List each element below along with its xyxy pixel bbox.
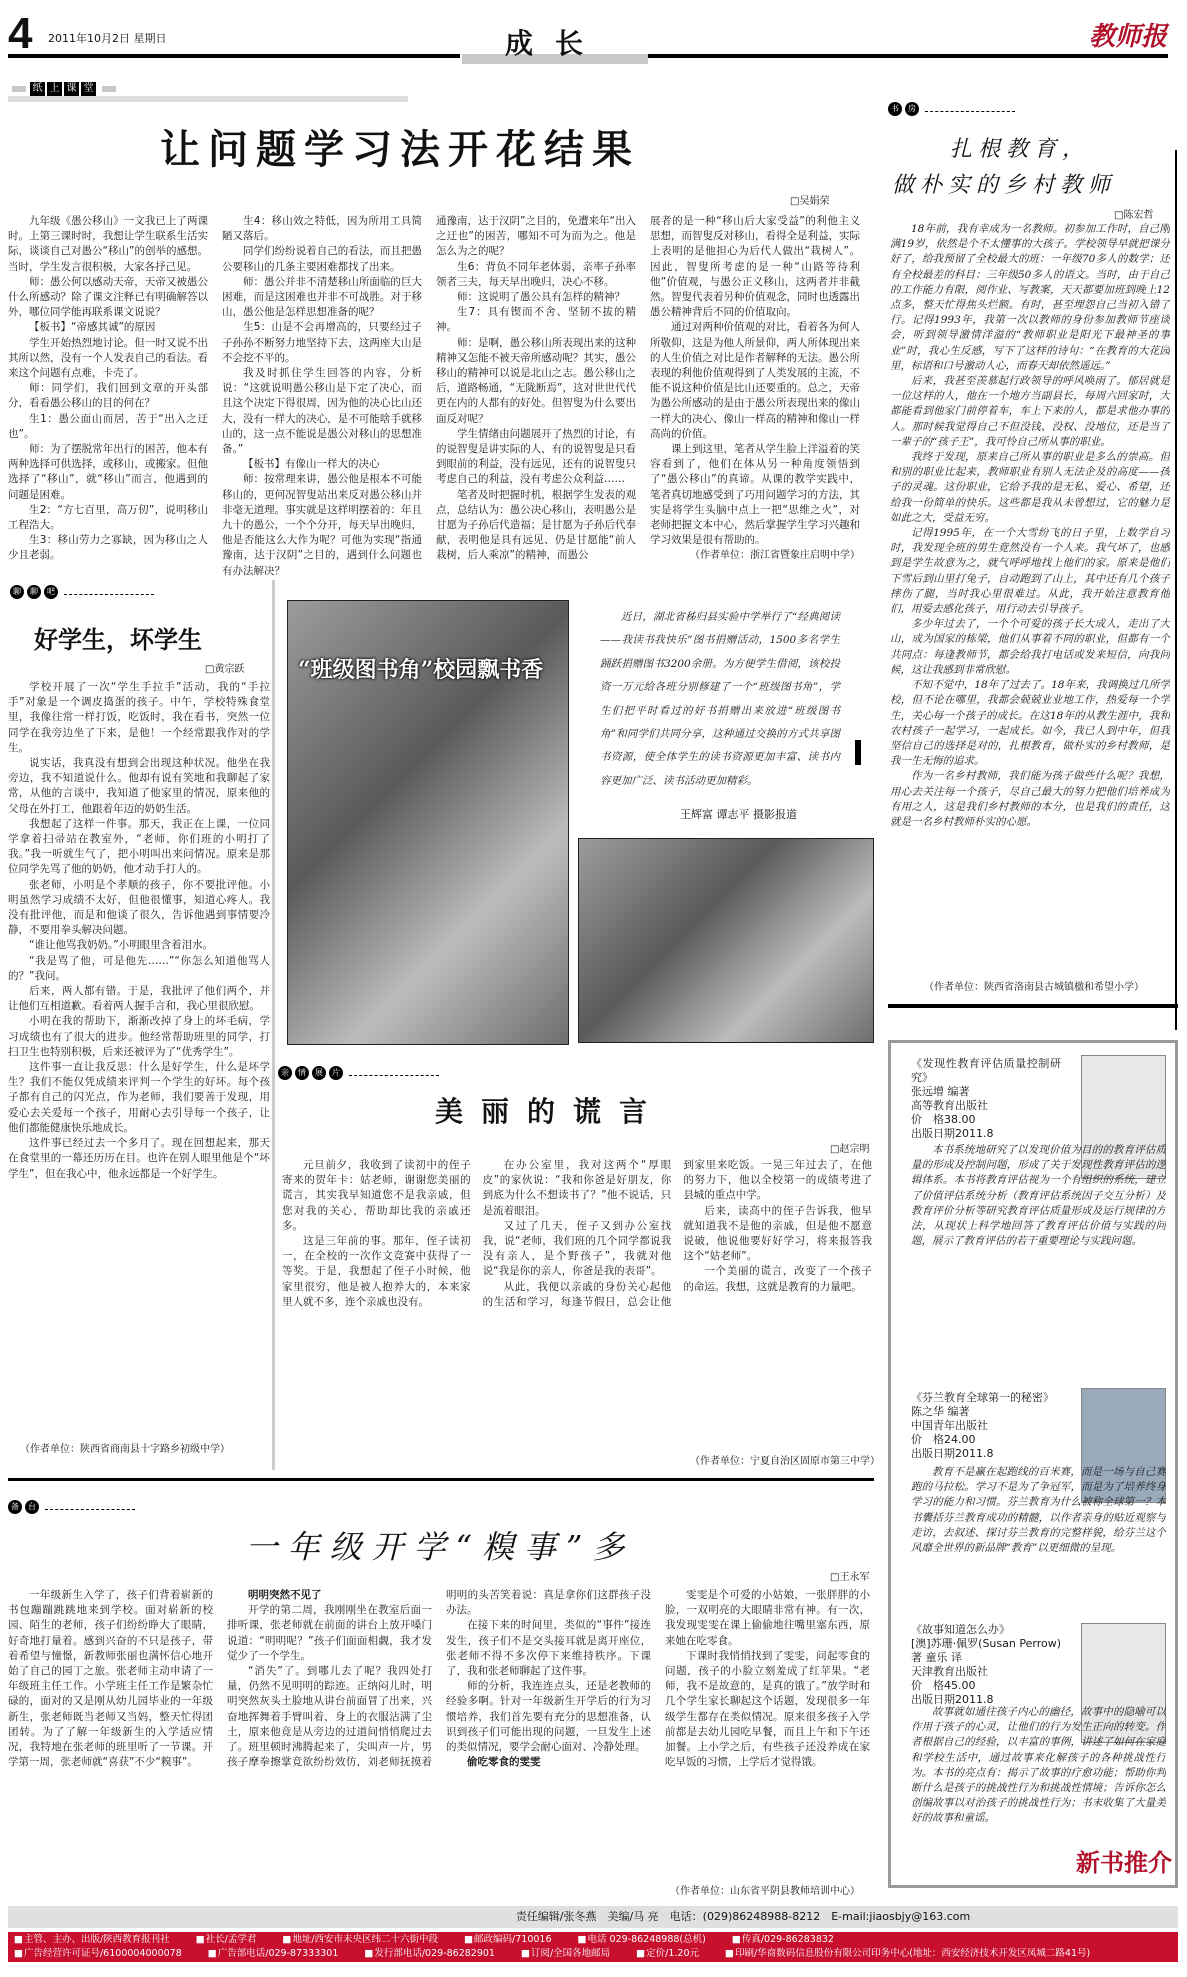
- subheading: 明明突然不见了: [227, 1588, 432, 1603]
- paragraph: 师：同学们，我们回到文章的开头部分，看看愚公移山的目的何在？: [8, 381, 208, 411]
- masthead-rule-right: [648, 54, 1168, 58]
- review-title-line2: 做朴实的乡村教师: [892, 168, 1116, 199]
- footer-cell: 印刷/华商数码信息股份有限公司印务中心(地址：西安经济技术开发区凤城二路41号): [725, 1947, 1090, 1961]
- article1-col3: 通豫南，达于汉阴”之目的，免遭来年“出入之迂也”的困苦，哪知不可为而为之。他是怎…: [436, 214, 636, 564]
- article3-affiliation: （作者单位：宁夏自治区固原市第三中学）: [690, 1452, 880, 1467]
- book-publisher: 高等教育出版社: [911, 1099, 1061, 1113]
- paragraph: 教育不是赢在起跑线的百米赛，而是一场与自己赛跑的马拉松。学习不是为了争冠军，而是…: [911, 1465, 1166, 1556]
- newspaper-logo: 教师报: [1089, 16, 1167, 53]
- paragraph: 我想起了这样一件事。那天，我正在上课，一位同学拿着扫帚站在教室外，“老师，你们班…: [8, 817, 270, 878]
- paragraph: 生4：移山效之特低，因为所用工具简陋又落后。: [222, 214, 422, 244]
- article-byline: □王永军: [830, 1568, 869, 1583]
- article-byline: □吴娟荣: [790, 192, 829, 207]
- tag-char: 吧: [44, 585, 58, 599]
- paragraph: 师：按常理来讲，愚公他是根本不可能移山的，更何况智叟站出来反对愚公移山并非毫无道…: [222, 472, 422, 578]
- footer-cell: 主管、主办、出版/陕西教育报刊社: [14, 1933, 170, 1947]
- paragraph: 说实话，我真没有想到会出现这种状况。他坐在我旁边，我不知道说什么。他却有说有笑地…: [8, 756, 270, 817]
- paragraph: 生5：山是不会再增高的，只要经过子子孙孙不断努力地坚持下去，这两座大山是不会挖不…: [222, 320, 422, 366]
- review-title-line1: 扎根教育，: [950, 132, 1090, 163]
- divider: [8, 96, 408, 102]
- book-1-summary: 本书系统地研究了以发现价值为目的的教育评估质量的形成及控制问题，形成了关于发现性…: [911, 1143, 1166, 1343]
- book-3-summary: 故事就如通往孩子内心的幽径，故事中的隐喻可以作用于孩子的心灵，让他们的行为发生正…: [911, 1705, 1166, 1865]
- paragraph: 我及时抓住学生回答的内容，分析说：“这就说明愚公移山是下定了决心，而且这个决定下…: [222, 366, 422, 457]
- paragraph: 生1：愚公面山而居，苦于“出入之迂也”。: [8, 412, 208, 442]
- book-price: 价 格45.00: [911, 1679, 1061, 1693]
- book-price: 价 格38.00: [911, 1113, 1061, 1127]
- article2-affiliation: （作者单位：陕西省商南县十字路乡初级中学）: [20, 1440, 230, 1455]
- article1-col1: 九年级《愚公移山》一文我已上了两课时。上第三课时时，我想让学生联系生活实际，谈谈…: [8, 214, 208, 564]
- tag-char: 展: [312, 1066, 326, 1080]
- photo-students-reading: [578, 838, 874, 1043]
- tag-char: 堂: [81, 82, 96, 96]
- issue-date: 2011年10月2日 星期日: [48, 30, 167, 46]
- book-author: 陈之华 编著: [911, 1405, 1061, 1419]
- wave-divider: [925, 106, 1015, 112]
- paragraph: 师：这说明了愚公具有怎样的精神？: [436, 290, 636, 305]
- photo-feature-text: 近日，湖北省秭归县实验中学举行了“经典阅读——我读书我快乐”图书捐赠活动，150…: [600, 606, 840, 793]
- column-tag-paper-class: 纸上课堂: [8, 78, 408, 92]
- paragraph: 生3：移山劳力之寡缺，因为移山之人少且老弱。: [8, 533, 208, 563]
- subheading: 偷吃零食的雯雯: [446, 1755, 651, 1770]
- paragraph: “我是骂了他，可是他先……”“你怎么知道他骂人的？”我问。: [8, 954, 270, 984]
- tag-char: 亲: [278, 1066, 292, 1080]
- column-divider: [272, 580, 275, 1470]
- paragraph: 生2：“方七百里，高万仞”，说明移山工程浩大。: [8, 503, 208, 533]
- book-author: [澳]苏珊·佩罗(Susan Perrow) 著 童乐 译: [911, 1637, 1061, 1665]
- footer-cell: 社长/孟学君: [196, 1933, 257, 1947]
- paragraph: 学校开展了一次“学生手拉手”活动，我的“手拉手”对象是一个调皮捣蛋的孩子。中午，…: [8, 680, 270, 756]
- paragraph: 通过对两种价值观的对比，看着各为何人所敬仰，这是为他人所景仰，两人所体现出来的人…: [650, 320, 860, 442]
- footer-cell: 传真/029-86283832: [732, 1933, 834, 1947]
- wave-divider: [45, 1504, 135, 1510]
- article-title: 一年级开学“糗事”多: [140, 1522, 740, 1568]
- paragraph: 近日，湖北省秭归县实验中学举行了“经典阅读——我读书我快乐”图书捐赠活动，150…: [600, 606, 840, 793]
- paragraph: 后来，我甚至羡慕起行政领导的呼风唤雨了。郁居就是一位这样的人，他在一个地方当副县…: [890, 374, 1170, 450]
- wave-divider: [64, 589, 154, 595]
- book-publisher: 中国青年出版社: [911, 1419, 1061, 1433]
- paragraph: 通豫南，达于汉阴”之目的，免遭来年“出入之迂也”的困苦，哪知不可为而为之。他是怎…: [436, 214, 636, 260]
- paragraph: 师：愚公并非不清楚移山所面临的巨大困难，而是这困难也并非不可战胜。对于移山，愚公…: [222, 275, 422, 321]
- new-books-box: 《发现性教育评估质量控制研究》 张远增 编著 高等教育出版社 价 格38.00 …: [888, 1040, 1178, 1888]
- paragraph: 这件事一直让我反思：什么是好学生，什么是坏学生？我们不能仅凭成绩来评判一个学生的…: [8, 1060, 270, 1136]
- column-tag-chat: 聊 聊 吧: [10, 585, 154, 599]
- article4-body: 一年级新生入学了，孩子们背着崭新的书包蹦蹦跳跳地来到学校。面对崭新的校园、陌生的…: [8, 1588, 870, 1880]
- section-tab: 成长: [460, 28, 650, 64]
- paragraph: 师的分析，我连连点头，还是老教师的经验多啊。针对一年级新生开学后的行为习惯培养，…: [446, 1679, 651, 1755]
- section-divider: [8, 1478, 874, 1481]
- paragraph: 九年级《愚公移山》一文我已上了两课时。上第三课时时，我想让学生联系生活实际，谈谈…: [8, 214, 208, 275]
- tag-char: 上: [47, 82, 62, 96]
- article-title: 好学生，坏学生: [34, 620, 202, 655]
- photo-credit: 王辉富 谭志平 摄影报道: [680, 806, 797, 822]
- footer-cell: 定价/1.20元: [636, 1947, 699, 1961]
- paragraph: 【板书】有像山一样大的决心: [222, 457, 422, 472]
- paragraph: 这是三年前的事。那年，侄子读初一，在全校的一次作文竞赛中获得了一等奖。于是，我想…: [282, 1234, 471, 1310]
- paragraph: 开学的第二周，我刚刚坐在教室后面一排听课，张老师就在前面的讲台上放开嗓门说道：“…: [227, 1603, 432, 1664]
- article-title: 让问题学习法开花结果: [90, 118, 710, 175]
- paragraph: 生6：背负不同年老体弱，亲率子孙率领者三夫，每天早出晚归，决心不移。: [436, 260, 636, 290]
- paragraph: 后来，两人都有错。于是，我批评了他们两个，并让他们互相道歉。看着两人握手言和，我…: [8, 984, 270, 1014]
- article-byline: □赵宗明: [830, 1140, 869, 1155]
- tag-char: 情: [295, 1066, 309, 1080]
- paragraph: 同学们纷纷说着自己的看法，而且把愚公要移山的几条主要困难都找了出来。: [222, 244, 422, 274]
- footer-info: 主管、主办、出版/陕西教育报刊社 社长/孟学君 地址/西安市未央区纬二十六街中段…: [8, 1932, 1178, 1962]
- article3-body: 元旦前夕，我收到了读初中的侄子寄来的贺年卡：姑老师，谢谢您美丽的谎言，其实我早知…: [282, 1158, 872, 1448]
- article1-col4: 展者的是一种“移山后大家受益”的利他主义思想，而智叟反对移山，看得全是利益，实际…: [650, 214, 860, 544]
- paragraph: 本书系统地研究了以发现价值为目的的教育评估质量的形成及控制问题，形成了关于发现性…: [911, 1143, 1166, 1249]
- book-title: 《故事知道怎么办》: [911, 1623, 1061, 1637]
- tag-char: 纸: [30, 82, 45, 96]
- column-tag-family: 亲 情 展 片: [278, 1066, 439, 1080]
- section-title: 成长: [460, 28, 650, 60]
- paragraph: 学生情绪由问题展开了热烈的讨论，有的说智叟是讲实际的人，有的说智叟是只看到眼前的…: [436, 427, 636, 488]
- paragraph: 笔者及时把握时机，根据学生发表的观点，总结认为：愚公决心移山，表明愚公是甘愿为子…: [436, 488, 636, 564]
- paragraph: 这件事已经过去一个多月了。现在回想起来，那天在食堂里的一幕还历历在目。也许在别人…: [8, 1136, 270, 1182]
- article1-col2: 生4：移山效之特低，因为所用工具简陋又落后。 同学们纷纷说着自己的看法，而且把愚…: [222, 214, 422, 579]
- column-tag-stage: 备 台: [8, 1500, 135, 1514]
- book-title: 《发现性教育评估质量控制研究》: [911, 1057, 1061, 1085]
- book-date: 出版日期2011.8: [911, 1127, 1061, 1141]
- tag-char: 聊: [27, 585, 41, 599]
- tag-char: 台: [25, 1500, 39, 1514]
- book-author: 张远增 编著: [911, 1085, 1061, 1099]
- footer-cell: 订阅/全国各地邮局: [521, 1947, 610, 1961]
- paragraph: 又过了几天，侄子又到办公室找我，说“老师，我们班的几个同学都说我没有亲人，是个野…: [483, 1219, 672, 1280]
- tag-char: 片: [329, 1066, 343, 1080]
- footer-row-1: 主管、主办、出版/陕西教育报刊社 社长/孟学君 地址/西安市未央区纬二十六街中段…: [14, 1933, 1172, 1947]
- paragraph: 18年前，我有幸成为一名教师。初参加工作时，自己刚满19岁，依然是个不太懂事的大…: [890, 222, 1170, 374]
- new-books-label: 新书推介: [1076, 1843, 1172, 1878]
- paragraph: 我终于发现，原来自己所从事的职业是多么的崇高。但和别的职业比起来，教师职业有别人…: [890, 450, 1170, 526]
- photo-library-corner: “班级图书角”校园飘书香: [287, 600, 569, 1045]
- paragraph: 后来，读高中的侄子告诉我，他早就知道我不是他的亲戚，但是他不愿意说破，他说他要好…: [683, 1204, 872, 1265]
- paragraph: 雯雯是个可爱的小姑娘，一张胖胖的小脸，一双明亮的大眼睛非常有神。有一次，我发现雯…: [665, 1588, 870, 1649]
- tag-char: 房: [905, 102, 919, 116]
- book-publisher: 天津教育出版社: [911, 1665, 1061, 1679]
- book-2-meta: 《芬兰教育全球第一的秘密》 陈之华 编著 中国青年出版社 价 格24.00 出版…: [911, 1391, 1061, 1461]
- book-date: 出版日期2011.8: [911, 1447, 1061, 1461]
- paragraph: 多少年过去了，一个个可爱的孩子长大成人，走出了大山，成为国家的栋梁，他们从事着不…: [890, 617, 1170, 678]
- paragraph: 师：为了摆脱常年出行的困苦，他本有两种选择可供选择，或移山，或搬家。但他选择了“…: [8, 442, 208, 503]
- paragraph: 生7：具有锲而不舍、坚韧不拔的精神。: [436, 305, 636, 335]
- paragraph: “谁让他骂我奶奶。”小明眼里含着泪水。: [8, 938, 270, 953]
- footer-cell: 电话 029-86248988(总机): [578, 1933, 706, 1947]
- book-price: 价 格24.00: [911, 1433, 1061, 1447]
- book-1-meta: 《发现性教育评估质量控制研究》 张远增 编著 高等教育出版社 价 格38.00 …: [911, 1057, 1061, 1141]
- article2-body: 学校开展了一次“学生手拉手”活动，我的“手拉手”对象是一个调皮捣蛋的孩子。中午，…: [8, 680, 270, 1420]
- review-bottom-rule: [888, 1004, 1178, 1008]
- article1-affiliation: （作者单位：浙江省暨象庄启明中学）: [690, 546, 860, 561]
- wave-divider: [349, 1070, 439, 1076]
- footer-cell: 地址/西安市未央区纬二十六街中段: [282, 1933, 438, 1947]
- paragraph: 小明在我的帮助下，渐渐改掉了身上的坏毛病，学习成绩也有了很大的进步。他经常帮助班…: [8, 1014, 270, 1060]
- article4-affiliation: （作者单位：山东省平阴县教师培训中心）: [670, 1882, 860, 1897]
- article-title: 美丽的谎言: [390, 1090, 710, 1130]
- paragraph: 下课时我悄悄找到了雯雯，问起零食的问题，孩子的小脸立刻羞成了红苹果。“老师，我不…: [665, 1649, 870, 1771]
- paragraph: 在接下来的时间里，类似的“事件”接连发生，孩子们不是交头接耳就是离开座位，张老师…: [446, 1618, 651, 1679]
- page-number: 4: [8, 12, 32, 56]
- column-tag-study: 书 房: [888, 102, 1015, 116]
- paragraph: 在办公室里，我对这两个“厚眼皮”的家伙说：“我和你爸是好朋友，你到底为什么不想读…: [483, 1158, 672, 1219]
- paragraph: 一年级新生入学了，孩子们背着崭新的书包蹦蹦跳跳地来到学校。面对崭新的校园、陌生的…: [8, 1588, 213, 1770]
- paragraph: 不知不觉中，18年了过去了。18年来，我调换过几所学校，但不论在哪里，我都会兢兢…: [890, 678, 1170, 769]
- footer-cell: 广告部电话/029-87333301: [208, 1947, 339, 1961]
- photo-caption-title: “班级图书角”校园飘书香: [298, 653, 543, 684]
- paragraph: 元旦前夕，我收到了读初中的侄子寄来的贺年卡：姑老师，谢谢您美丽的谎言，其实我早知…: [282, 1158, 471, 1234]
- review-affiliation: （作者单位：陕西省洛南县古城镇楹和希望小学）: [924, 978, 1144, 993]
- article-byline: □黄宗跃: [205, 660, 244, 675]
- paragraph: 一个美丽的谎言，改变了一个孩子的命运。我想，这就是教育的力量吧。: [683, 1264, 872, 1294]
- book-2-summary: 教育不是赢在起跑线的百米赛，而是一场与自己赛跑的马拉松。学习不是为了争冠军，而是…: [911, 1465, 1166, 1585]
- vertical-rule: [1175, 150, 1177, 1030]
- footer-cell: 广告经营许可证号/6100004000078: [14, 1947, 182, 1961]
- footer-cell: 邮政编码/710016: [464, 1933, 551, 1947]
- tag-char: 聊: [10, 585, 24, 599]
- callout-marker: [855, 740, 861, 765]
- masthead-rule-left: [8, 54, 468, 58]
- tag-char: 课: [64, 82, 79, 96]
- paragraph: 学生开始热烈地讨论。但一时又说不出其所以然，没有一个人发表自己的看法。看来这个问…: [8, 336, 208, 382]
- book-title: 《芬兰教育全球第一的秘密》: [911, 1391, 1061, 1405]
- paragraph: 作为一名乡村教师，我们能为孩子做些什么呢？我想，用心去关注每一个孩子，尽自己最大…: [890, 769, 1170, 830]
- review-byline: □陈宏哲: [1114, 206, 1153, 221]
- paragraph: 【板书】“帝感其诚”的原因: [8, 320, 208, 335]
- footer-cell: 发行部电话/029-86282901: [364, 1947, 495, 1961]
- tag-char: 备: [8, 1500, 22, 1514]
- paragraph: 师：愚公何以感动天帝，天帝又被愚公什么所感动？除了课文注释已有明确解答以外，哪位…: [8, 275, 208, 321]
- review-body: 18年前，我有幸成为一名教师。初参加工作时，自己刚满19岁，依然是个不太懂事的大…: [890, 222, 1170, 972]
- footer-row-2: 广告经营许可证号/6100004000078 广告部电话/029-8733330…: [14, 1947, 1172, 1961]
- paragraph: 记得1995年，在一个大雪纷飞的日子里，上数学自习时，我发现全班的男生竟然没有一…: [890, 526, 1170, 617]
- paragraph: 张老师，小明是个孝顺的孩子，你不要批评他。小明虽然学习成绩不太好，但他很懂事，知…: [8, 878, 270, 939]
- paragraph: 展者的是一种“移山后大家受益”的利他主义思想，而智叟反对移山，看得全是利益，实际…: [650, 214, 860, 320]
- footer-editor-line: 责任编辑/张冬燕 美编/马 亮 电话：(029)86248988-8212 E-…: [8, 1906, 1178, 1928]
- paragraph: 师：是啊，愚公移山所表现出来的这种精神又怎能不被天帝所感动呢？其实，愚公移山的精…: [436, 336, 636, 427]
- tag-char: 书: [888, 102, 902, 116]
- paragraph: 课上到这里，笔者从学生脸上洋溢着的笑容看到了，他们在体从另一种角度领悟到了“愚公…: [650, 442, 860, 544]
- book-3-meta: 《故事知道怎么办》 [澳]苏珊·佩罗(Susan Perrow) 著 童乐 译 …: [911, 1623, 1061, 1707]
- paragraph: 故事就如通往孩子内心的幽径，故事中的隐喻可以作用于孩子的心灵，让他们的行为发生正…: [911, 1705, 1166, 1827]
